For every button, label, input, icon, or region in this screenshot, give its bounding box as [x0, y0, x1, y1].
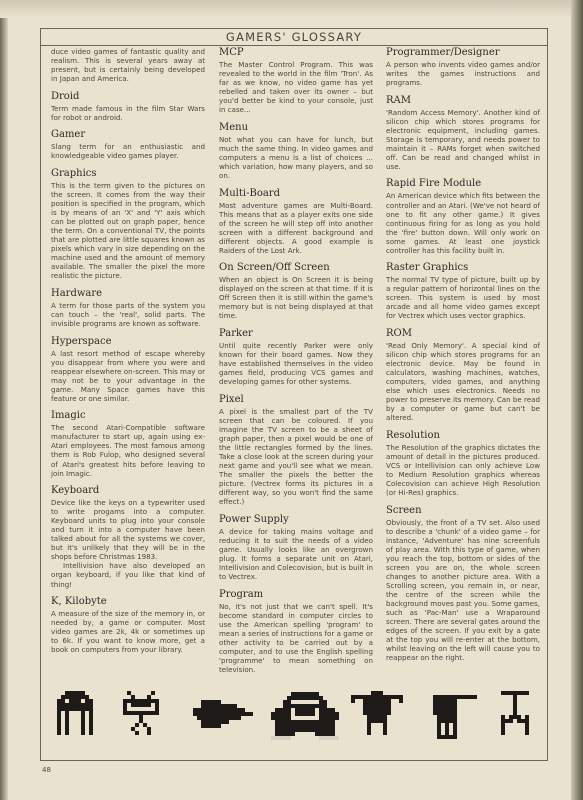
- definition: 'Read Only Memory'. A special kind of si…: [386, 341, 540, 422]
- glossary-entry-keyboard: Keyboard Device like the keys on a typew…: [51, 485, 205, 588]
- definition: A measure of the size of the memory in, …: [51, 609, 205, 654]
- term: Hyperspace: [51, 336, 205, 348]
- antenna-robot-icon: [123, 691, 159, 735]
- definition: No, it's not just that we can't spell. I…: [219, 602, 373, 674]
- definition: A term for those parts of the system you…: [51, 301, 205, 328]
- definition: Until quite recently Parker were only kn…: [219, 341, 373, 386]
- page-top-shadow: [0, 0, 583, 18]
- glossary-entry-graphics: Graphics This is the term given to the p…: [51, 168, 205, 281]
- term: Gamer: [51, 129, 205, 141]
- definition: Most adventure games are Multi-Board. Th…: [219, 201, 373, 255]
- term: RAM: [386, 95, 540, 107]
- definition: A pixel is the smallest part of the TV s…: [219, 407, 373, 507]
- definition: Slang term for an enthusiastic and knowl…: [51, 142, 205, 160]
- glossary-entry-on-screen-off-screen: On Screen/Off Screen When an object is O…: [219, 262, 373, 320]
- column-1: duce video games of fantastic quality an…: [51, 47, 205, 662]
- term: Imagic: [51, 410, 205, 422]
- glossary-entry-gamer: Gamer Slang term for an enthusiastic and…: [51, 129, 205, 160]
- continued-entry: duce video games of fantastic quality an…: [51, 47, 205, 83]
- definition: Not what you can have for lunch, but muc…: [219, 135, 373, 180]
- page-title: GAMERS' GLOSSARY: [41, 29, 547, 46]
- definition: A last resort method of escape whereby y…: [51, 349, 205, 403]
- term: Power Supply: [219, 514, 373, 526]
- term: Droid: [51, 91, 205, 103]
- glossary-entry-resolution: Resolution The Resolution of the graphic…: [386, 430, 540, 497]
- glossary-entry-program: Program No, it's not just that we can't …: [219, 589, 373, 674]
- term: ROM: [386, 328, 540, 340]
- glossary-entry-hyperspace: Hyperspace A last resort method of escap…: [51, 336, 205, 403]
- term: On Screen/Off Screen: [219, 262, 373, 274]
- term: Graphics: [51, 168, 205, 180]
- glossary-entry-menu: Menu Not what you can have for lunch, bu…: [219, 122, 373, 180]
- definition: When an object is On Screen it is being …: [219, 275, 373, 320]
- page-edge-right: [571, 0, 583, 800]
- glossary-entry-programmer-designer: Programmer/Designer A person who invents…: [386, 47, 540, 87]
- term: Raster Graphics: [386, 262, 540, 274]
- glossary-entry-pixel: Pixel A pixel is the smallest part of th…: [219, 394, 373, 507]
- definition-continued: Intellivision have also developed an org…: [51, 561, 205, 588]
- glossary-entry-droid: Droid Term made famous in the film Star …: [51, 91, 205, 122]
- definition: The normal TV type of picture, built up …: [386, 275, 540, 320]
- tripod-ship-icon: [501, 691, 529, 735]
- sprite-strip: [41, 691, 547, 757]
- term: Keyboard: [51, 485, 205, 497]
- term: Menu: [219, 122, 373, 134]
- term: Multi-Board: [219, 188, 373, 200]
- alien-creature-icon: [351, 691, 403, 735]
- glossary-entry-power-supply: Power Supply A device for taking mains v…: [219, 514, 373, 581]
- glossary-entry-parker: Parker Until quite recently Parker were …: [219, 328, 373, 386]
- glossary-entry-kilobyte: K, Kilobyte A measure of the size of the…: [51, 596, 205, 654]
- glossary-entry-multi-board: Multi-Board Most adventure games are Mul…: [219, 188, 373, 255]
- glossary-entry-hardware: Hardware A term for those parts of the s…: [51, 288, 205, 328]
- term: Rapid Fire Module: [386, 178, 540, 190]
- definition: A person who invents video games and/or …: [386, 60, 540, 87]
- definition: The Master Control Program. This was rev…: [219, 60, 373, 114]
- definition: The Resolution of the graphics dictates …: [386, 443, 540, 497]
- definition: The second Atari-Compatible software man…: [51, 423, 205, 477]
- spaceship-icon: [193, 699, 253, 729]
- definition: This is the term given to the pictures o…: [51, 181, 205, 281]
- term: MCP: [219, 47, 373, 59]
- glossary-entry-rapid-fire-module: Rapid Fire Module An American device whi…: [386, 178, 540, 254]
- glossary-columns: duce video games of fantastic quality an…: [41, 47, 547, 679]
- glossary-entry-rom: ROM 'Read Only Memory'. A special kind o…: [386, 328, 540, 422]
- term: Screen: [386, 505, 540, 517]
- term: Hardware: [51, 288, 205, 300]
- glossary-frame: GAMERS' GLOSSARY duce video games of fan…: [40, 28, 548, 761]
- term: Parker: [219, 328, 373, 340]
- column-2: MCP The Master Control Program. This was…: [219, 47, 373, 681]
- definition: Obviously, the front of a TV set. Also u…: [386, 518, 540, 663]
- tank-robot-icon: [433, 691, 477, 739]
- continued-text: duce video games of fantastic quality an…: [51, 47, 205, 83]
- glossary-entry-raster-graphics: Raster Graphics The normal TV type of pi…: [386, 262, 540, 320]
- page-edge-left: [0, 0, 8, 800]
- definition: 'Random Access Memory'. Another kind of …: [386, 108, 540, 171]
- gorilla-icon: [267, 691, 343, 741]
- term: Resolution: [386, 430, 540, 442]
- glossary-entry-screen: Screen Obviously, the front of a TV set.…: [386, 505, 540, 663]
- glossary-entry-ram: RAM 'Random Access Memory'. Another kind…: [386, 95, 540, 171]
- glossary-entry-mcp: MCP The Master Control Program. This was…: [219, 47, 373, 114]
- term: Program: [219, 589, 373, 601]
- term: K, Kilobyte: [51, 596, 205, 608]
- page-number: 48: [42, 766, 51, 774]
- definition: Term made famous in the film Star Wars f…: [51, 104, 205, 122]
- definition: Device like the keys on a typewriter use…: [51, 498, 205, 561]
- definition: An American device which fits between th…: [386, 191, 540, 254]
- column-3: Programmer/Designer A person who invents…: [386, 47, 540, 670]
- term: Programmer/Designer: [386, 47, 540, 59]
- glossary-entry-imagic: Imagic The second Atari-Compatible softw…: [51, 410, 205, 477]
- definition: A device for taking mains voltage and re…: [219, 527, 373, 581]
- space-invader-walker-icon: [53, 691, 97, 735]
- term: Pixel: [219, 394, 373, 406]
